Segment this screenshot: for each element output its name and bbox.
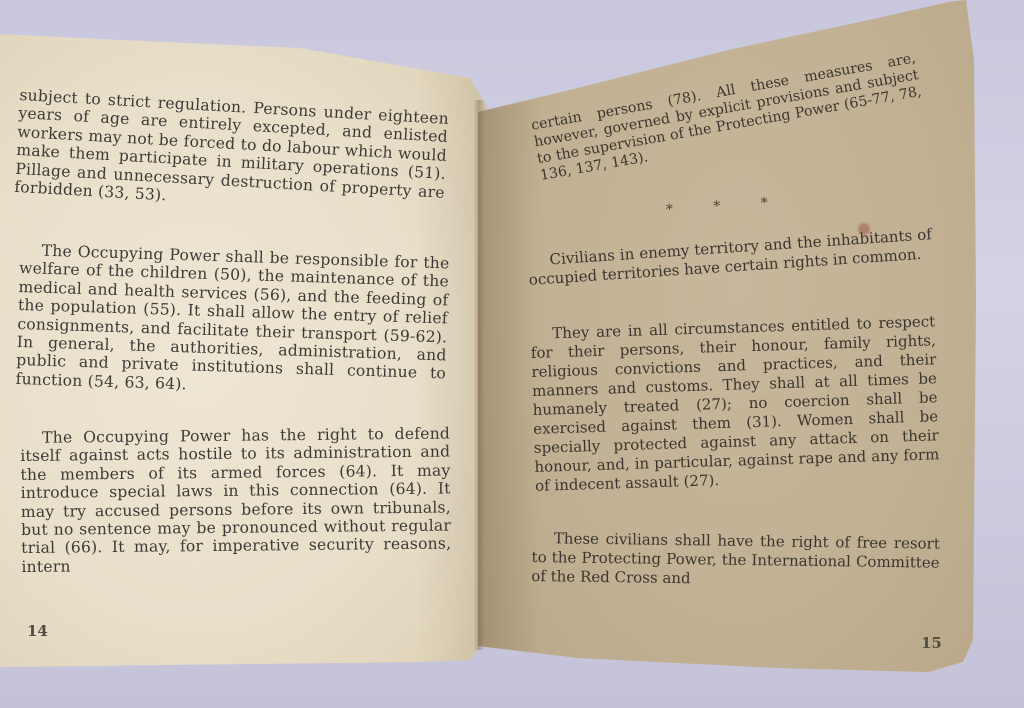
left-paragraph-3: The Occupying Power has the right to de­… bbox=[20, 424, 452, 576]
right-page-number: 15 bbox=[921, 634, 942, 652]
left-paragraph-2: The Occupying Power shall be responsible… bbox=[15, 241, 449, 402]
left-paragraph-2-text: The Occupying Power shall be responsible… bbox=[15, 241, 449, 402]
left-paragraph-3-text: The Occupying Power has the right to de­… bbox=[20, 424, 452, 576]
book-gutter bbox=[474, 100, 484, 650]
left-page-number: 14 bbox=[27, 622, 48, 640]
right-paragraph-4-text: These civilians shall have the right of … bbox=[531, 529, 940, 592]
right-paragraph-3-text: They are in all circumstances entitled t… bbox=[530, 312, 940, 496]
right-paragraph-4: These civilians shall have the right of … bbox=[531, 529, 940, 592]
photo-scene: subject to strict regulation. Persons un… bbox=[0, 0, 1024, 708]
right-paragraph-3: They are in all circumstances entitled t… bbox=[530, 312, 940, 496]
